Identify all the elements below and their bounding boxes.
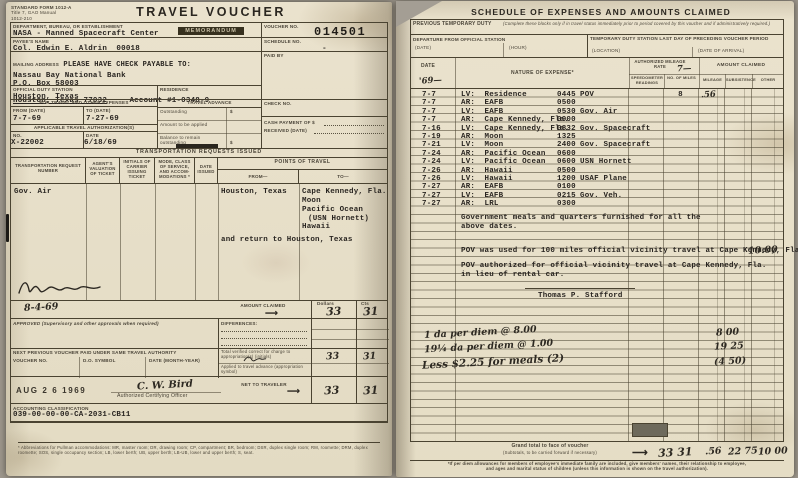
advance-outstanding-label: Outstanding bbox=[160, 109, 187, 114]
received-date-label: RECEIVED (DATE) bbox=[264, 128, 307, 133]
col-request-number-label: TRANSPORTATION REQUEST NUMBER bbox=[11, 158, 85, 174]
voucher-form: DEPARTMENT, BUREAU, OR ESTABLISHMENT NAS… bbox=[10, 22, 388, 423]
expense-time: 0445 bbox=[557, 91, 576, 99]
from-date-label: FROM (DATE) bbox=[11, 107, 83, 114]
expense-nature: AR: Hawaii bbox=[461, 167, 513, 175]
hour-paren-label: (HOUR) bbox=[509, 45, 527, 50]
col-to: TO— bbox=[298, 169, 388, 184]
dollar-sign: $ bbox=[230, 109, 233, 114]
expense-date: 7-21 bbox=[422, 141, 441, 149]
department-cell: DEPARTMENT, BUREAU, OR ESTABLISHMENT NAS… bbox=[10, 22, 262, 38]
residence-cell: RESIDENCE bbox=[157, 85, 262, 100]
payee-label: PAYEE'S NAME bbox=[11, 38, 261, 45]
form-id-line: 1012-210 bbox=[11, 16, 81, 21]
to-date-value: 7-27-69 bbox=[84, 114, 157, 124]
mailing-payable: PLEASE HAVE CHECK PAYABLE TO: bbox=[63, 61, 191, 69]
accounting-row: ACCOUNTING CLASSIFICATION 039-00-00-00-C… bbox=[10, 403, 388, 423]
expense-date: 7-24 bbox=[422, 158, 441, 166]
calc-amount-1: 8 00 bbox=[716, 326, 740, 338]
expense-mode: Gov. Spacecraft bbox=[580, 141, 651, 149]
expense-time: 2400 bbox=[557, 141, 576, 149]
expense-nature: AR: EAFB bbox=[461, 99, 503, 107]
expense-nature: AR: LRL bbox=[461, 200, 499, 208]
expense-table-body: 7-7 LV: Residence 0445 POV 8 .56 7-7 AR:… bbox=[410, 89, 784, 441]
expense-date: 7-19 bbox=[422, 133, 441, 141]
approved-row: APPROVED (Supervisory and other approval… bbox=[10, 318, 388, 349]
binder-mark bbox=[6, 214, 9, 242]
temp-duty-label: TEMPORARY DUTY STATION LAST DAY OF PRECE… bbox=[590, 36, 780, 41]
schedule-title: SCHEDULE OF EXPENSES AND AMOUNTS CLAIMED bbox=[436, 7, 766, 17]
from-date-value: 7-7-69 bbox=[11, 114, 83, 124]
expense-nature: AR: Moon bbox=[461, 133, 503, 141]
to-line: (USN Hornett) bbox=[302, 215, 387, 224]
net-cts: 31 bbox=[363, 384, 379, 398]
expense-nature: AR: EAFB bbox=[461, 183, 503, 191]
expense-time: 0600 bbox=[557, 150, 576, 158]
page-title: TRAVEL VOUCHER bbox=[96, 5, 326, 19]
amount-claimed-cts: 31 bbox=[363, 305, 379, 319]
expense-time: 0900 bbox=[557, 116, 576, 124]
expense-nature: LV: Residence bbox=[461, 91, 527, 99]
points-to-value: Cape Kennedy, Fla. Moon Pacific Ocean (U… bbox=[302, 188, 387, 232]
expense-miles: 8 bbox=[663, 91, 698, 99]
per-diem-footnote-2: and ages and marital status of children … bbox=[414, 466, 780, 471]
col-subsistence-label: SUBSISTENCE bbox=[726, 78, 753, 82]
col-carrier-initials-label: INITIALS OF CARRIER ISSUING TICKET bbox=[120, 158, 154, 180]
expense-date: 7-26 bbox=[422, 167, 441, 175]
note-pov-auth-1: POV authorized for official vicinity tra… bbox=[461, 262, 767, 270]
grand-total-sub: (Subtotals, to be carried forward if nec… bbox=[470, 451, 630, 456]
amount-claimed-label: AMOUNT CLAIMED bbox=[239, 303, 287, 308]
auth-no-cell: NO. X-22002 bbox=[10, 131, 84, 149]
expense-time: 0600 bbox=[557, 158, 576, 166]
right-footnote: *If per diem allowances for members of e… bbox=[414, 461, 780, 472]
net-dollars: 33 bbox=[324, 384, 340, 398]
expense-date: 7-7 bbox=[422, 99, 436, 107]
expense-date: 7-27 bbox=[422, 200, 441, 208]
form-id-block: STANDARD FORM 1012-A Title 7, GAO Manual… bbox=[11, 5, 81, 21]
grand-total-value: 33 31 bbox=[658, 445, 693, 460]
payee-signature-scribble bbox=[16, 277, 108, 299]
expense-mode: POV bbox=[580, 91, 594, 99]
expense-nature: AR: Cape Kennedy, Fla. bbox=[461, 116, 569, 124]
expense-row: 7-27 AR: LRL 0300 bbox=[410, 200, 784, 209]
grand-total-row: Grand total to face of voucher (Subtotal… bbox=[410, 441, 784, 461]
expense-time: 1200 bbox=[557, 175, 576, 183]
col-no-miles-label: NO. OF MILES bbox=[665, 76, 698, 81]
previous-duty-note: (Complete these blocks only if in travel… bbox=[503, 21, 779, 26]
note-meals-2: above dates. bbox=[461, 223, 517, 231]
check-no-label: CHECK NO. bbox=[262, 100, 387, 107]
cash-payment-label: CASH PAYMENT OF $ bbox=[264, 120, 315, 125]
grand-total-mileage: .56 bbox=[705, 446, 722, 458]
expense-time: 0215 bbox=[557, 192, 576, 200]
auth-date-cell: DATE 6/18/69 bbox=[83, 131, 158, 149]
schedule-no-label: SCHEDULE NO. bbox=[262, 38, 387, 45]
certifying-row: AUG 2 6 1969 C. W. Bird Authorized Certi… bbox=[10, 376, 388, 404]
travel-period-label: FOR TRAVEL AND OTHER EXPENSES bbox=[11, 100, 157, 105]
previous-duty-label: PREVIOUS TEMPORARY DUTY bbox=[413, 22, 492, 28]
points-from-value: Houston, Texas bbox=[221, 188, 287, 196]
date-paren-label: (DATE) bbox=[415, 45, 431, 50]
note-pov-amount: 10.00 bbox=[748, 244, 778, 257]
expense-date: 7-24 bbox=[422, 150, 441, 158]
expense-date: 7-7 bbox=[422, 108, 436, 116]
expense-mode: USAF Plane bbox=[580, 175, 627, 183]
note-pov-auth-2: in lieu of rental car. bbox=[461, 271, 564, 279]
payee-cell: PAYEE'S NAME Col. Edwin E. Aldrin 00018 bbox=[10, 37, 262, 52]
voucher-no-label: VOUCHER NO. bbox=[264, 24, 299, 29]
expense-date: 7-27 bbox=[422, 192, 441, 200]
date-month-year-label: DATE (MONTH-YEAR) bbox=[149, 358, 200, 363]
mailing-label-row: MAILING ADDRESS PLEASE HAVE CHECK PAYABL… bbox=[11, 52, 261, 72]
filled-cell bbox=[632, 423, 668, 437]
expense-nature: LV: Cape Kennedy, Fla. bbox=[461, 125, 569, 133]
expense-time: 0100 bbox=[557, 183, 576, 191]
to-line: Pacific Ocean bbox=[302, 206, 387, 215]
col-mileage-label: MILEAGE bbox=[699, 78, 726, 82]
col-from: FROM— bbox=[217, 169, 299, 184]
initials-scribble bbox=[243, 355, 267, 363]
col-agent-valuation-label: AGENT'S VALUATION OF TICKET bbox=[86, 158, 119, 177]
voucher-no2-label: VOUCHER NO. bbox=[13, 358, 48, 363]
expense-nature: LV: Moon bbox=[461, 141, 503, 149]
total-verified-cts: 31 bbox=[363, 351, 377, 363]
mailing-label: MAILING ADDRESS bbox=[13, 62, 59, 67]
col-date-issued-label: DATE ISSUED bbox=[195, 158, 217, 175]
calc-line-2: 19¼ da per diem @ 1.00 bbox=[424, 338, 554, 356]
duty-station-label: OFFICIAL DUTY STATION bbox=[11, 86, 157, 93]
amount-claimed-row: AMOUNT CLAIMED ⟶ Dollars Cts 33 31 bbox=[10, 300, 388, 319]
grand-total-label: Grand total to face of voucher bbox=[470, 444, 630, 450]
dollar-sign: $ bbox=[230, 140, 233, 145]
cash-payment-cell: CASH PAYMENT OF $ RECEIVED (DATE) bbox=[261, 116, 388, 149]
schedule-no-cell: SCHEDULE NO. - bbox=[261, 37, 388, 52]
departure-label: DEPARTURE FROM OFFICIAL STATION bbox=[413, 37, 505, 42]
date-stamp: AUG 2 6 1969 bbox=[16, 386, 86, 395]
certifier-title: Authorized Certifying Officer bbox=[117, 394, 188, 400]
amount-claimed-dollars: 33 bbox=[326, 305, 342, 319]
expense-date: 7-16 bbox=[422, 125, 441, 133]
expense-rows: 7-7 LV: Residence 0445 POV 8 .56 7-7 AR:… bbox=[410, 91, 784, 211]
previous-duty-block: PREVIOUS TEMPORARY DUTY (Complete these … bbox=[410, 19, 784, 35]
col-mode-class: MODE, CLASS OF SERVICE, AND ACCOM- MODAT… bbox=[154, 157, 195, 184]
expense-time: 0832 bbox=[557, 125, 576, 133]
certifier-signature: C. W. Bird bbox=[137, 379, 193, 393]
return-line: and return to Houston, Texas bbox=[221, 236, 353, 244]
col-date-issued: DATE ISSUED bbox=[194, 157, 218, 184]
auth-date-value: 6/18/69 bbox=[84, 139, 157, 147]
mailing-line1: Nassau Bay National Bank bbox=[11, 72, 261, 80]
expense-nature: AR: Pacific Ocean bbox=[461, 150, 546, 158]
department-label: DEPARTMENT, BUREAU, OR ESTABLISHMENT bbox=[11, 23, 261, 30]
accounting-label: ACCOUNTING CLASSIFICATION bbox=[11, 404, 387, 411]
next-previous-label: NEXT PREVIOUS VOUCHER PAID UNDER SAME TR… bbox=[13, 350, 217, 355]
col-to-label: TO— bbox=[299, 170, 387, 179]
expense-mode: Gov. Veh. bbox=[580, 192, 622, 200]
to-line: Cape Kennedy, Fla. bbox=[302, 188, 387, 197]
expense-date: 7-27 bbox=[422, 183, 441, 191]
travel-advance-label: TRAVEL ADVANCE bbox=[158, 100, 261, 105]
expense-nature: LV: EAFB bbox=[461, 108, 503, 116]
to-date-cell: TO (DATE) 7-27-69 bbox=[83, 106, 158, 125]
expense-time: 0300 bbox=[557, 200, 576, 208]
travel-auth-label: APPLICABLE TRAVEL AUTHORIZATION(S) bbox=[11, 125, 157, 130]
duty-station-cell: OFFICIAL DUTY STATION Houston, Texas bbox=[10, 85, 158, 100]
departure-box: DEPARTURE FROM OFFICIAL STATION (DATE) (… bbox=[410, 34, 588, 58]
arrival-paren-label: (DATE OF ARRIVAL) bbox=[698, 48, 744, 53]
residence-label: RESIDENCE bbox=[158, 86, 261, 93]
request-number-value: Gov. Air bbox=[14, 188, 52, 196]
hw-rate: 7— bbox=[677, 64, 692, 75]
arrow-icon: ⟶ bbox=[632, 446, 647, 459]
from-date-cell: FROM (DATE) 7-7-69 bbox=[10, 106, 84, 125]
to-line: Hawaii bbox=[302, 223, 387, 232]
col-from-label: FROM— bbox=[218, 170, 298, 179]
next-previous-row: NEXT PREVIOUS VOUCHER PAID UNDER SAME TR… bbox=[10, 348, 388, 377]
to-date-label: TO (DATE) bbox=[84, 107, 157, 114]
expense-schedule-page: SCHEDULE OF EXPENSES AND AMOUNTS CLAIMED… bbox=[396, 1, 794, 477]
calc-amount-2: 19 25 bbox=[714, 340, 744, 353]
approved-label: APPROVED (Supervisory and other approval… bbox=[13, 321, 213, 326]
paid-by-label: PAID BY bbox=[262, 52, 387, 59]
col-amount-claimed-label: AMOUNT CLAIMED bbox=[699, 63, 783, 69]
do-symbol-label: D.O. SYMBOL bbox=[83, 358, 116, 363]
col-nature-label: NATURE OF EXPENSE* bbox=[456, 71, 629, 77]
transport-section-title: TRANSPORTATION REQUESTS ISSUED bbox=[11, 149, 387, 155]
expense-time: 0500 bbox=[557, 167, 576, 175]
applied-advance-label: Applied to travel advance (appropriation… bbox=[221, 365, 309, 375]
expense-time: 0500 bbox=[557, 99, 576, 107]
col-date-label: DATE bbox=[421, 64, 435, 70]
left-footnote: * Abbreviations for Pullman accommodatio… bbox=[18, 442, 380, 456]
temp-duty-box: TEMPORARY DUTY STATION LAST DAY OF PRECE… bbox=[587, 34, 784, 58]
col-other-label: OTHER bbox=[753, 78, 783, 82]
expense-nature: LV: Hawaii bbox=[461, 175, 513, 183]
differences-label: DIFFERENCES: bbox=[221, 321, 257, 326]
voucher-no-cell: VOUCHER NO. 014501 bbox=[261, 22, 388, 38]
auth-no-value: X-22002 bbox=[11, 139, 83, 147]
grand-total-other: 10 00 bbox=[758, 445, 788, 458]
expense-nature: LV: Pacific Ocean bbox=[461, 158, 546, 166]
expense-date: 7-26 bbox=[422, 175, 441, 183]
col-carrier-initials: INITIALS OF CARRIER ISSUING TICKET bbox=[119, 157, 155, 184]
expense-mode: Gov. Spacecraft bbox=[580, 125, 651, 133]
arrow-icon: ⟶ bbox=[287, 386, 299, 397]
col-agent-valuation: AGENT'S VALUATION OF TICKET bbox=[85, 157, 120, 184]
travel-voucher-page: STANDARD FORM 1012-A Title 7, GAO Manual… bbox=[6, 2, 392, 476]
travel-advance-cell: TRAVEL ADVANCE Outstanding $ Amount to b… bbox=[157, 99, 262, 149]
expense-nature: LV: EAFB bbox=[461, 192, 503, 200]
calc-line-3: Less $2.25 for meals (2) bbox=[422, 352, 565, 371]
expense-date: 7-7 bbox=[422, 91, 436, 99]
expense-time: 0530 bbox=[557, 108, 576, 116]
paid-by-cell: PAID BY bbox=[261, 51, 388, 100]
auth-no-label: NO. bbox=[11, 132, 83, 139]
auth-date-label: DATE bbox=[84, 132, 157, 139]
expense-mode: Gov. Air bbox=[580, 108, 618, 116]
calc-amount-3: (4 50) bbox=[714, 355, 747, 368]
accounting-value: 039-00-00-00-CA-2031-CB11 bbox=[11, 411, 387, 419]
advance-applied-label: Amount to be applied bbox=[160, 122, 207, 127]
net-to-traveler-label: NET TO TRAVELER bbox=[241, 382, 287, 387]
expense-date: 7-7 bbox=[422, 116, 436, 124]
col-points-of-travel-label: POINTS OF TRAVEL bbox=[218, 158, 387, 166]
to-line: Moon bbox=[302, 197, 387, 206]
check-no-cell: CHECK NO. bbox=[261, 99, 388, 117]
col-speedometer-label: SPEEDOMETER READINGS bbox=[630, 76, 664, 85]
pullman-footnote: * Abbreviations for Pullman accommodatio… bbox=[18, 445, 380, 456]
total-verified-dollars: 33 bbox=[326, 351, 340, 363]
typed-name: Thomas P. Stafford bbox=[538, 292, 623, 300]
expense-mode: USN Hornett bbox=[580, 158, 632, 166]
col-request-number: TRANSPORTATION REQUEST NUMBER bbox=[10, 157, 86, 184]
expense-time: 1325 bbox=[557, 133, 576, 141]
location-paren-label: (LOCATION) bbox=[592, 48, 620, 53]
expense-table-header: DATE '69— NATURE OF EXPENSE* AUTHORIZED … bbox=[410, 57, 784, 89]
col-mode-class-label: MODE, CLASS OF SERVICE, AND ACCOM- MODAT… bbox=[155, 158, 194, 180]
note-meals-1: Government meals and quarters furnished … bbox=[461, 214, 701, 222]
mailing-address-cell: MAILING ADDRESS PLEASE HAVE CHECK PAYABL… bbox=[10, 51, 262, 86]
hw-year: '69— bbox=[419, 75, 442, 86]
grand-total-subsistence: 22 75 bbox=[728, 445, 758, 458]
